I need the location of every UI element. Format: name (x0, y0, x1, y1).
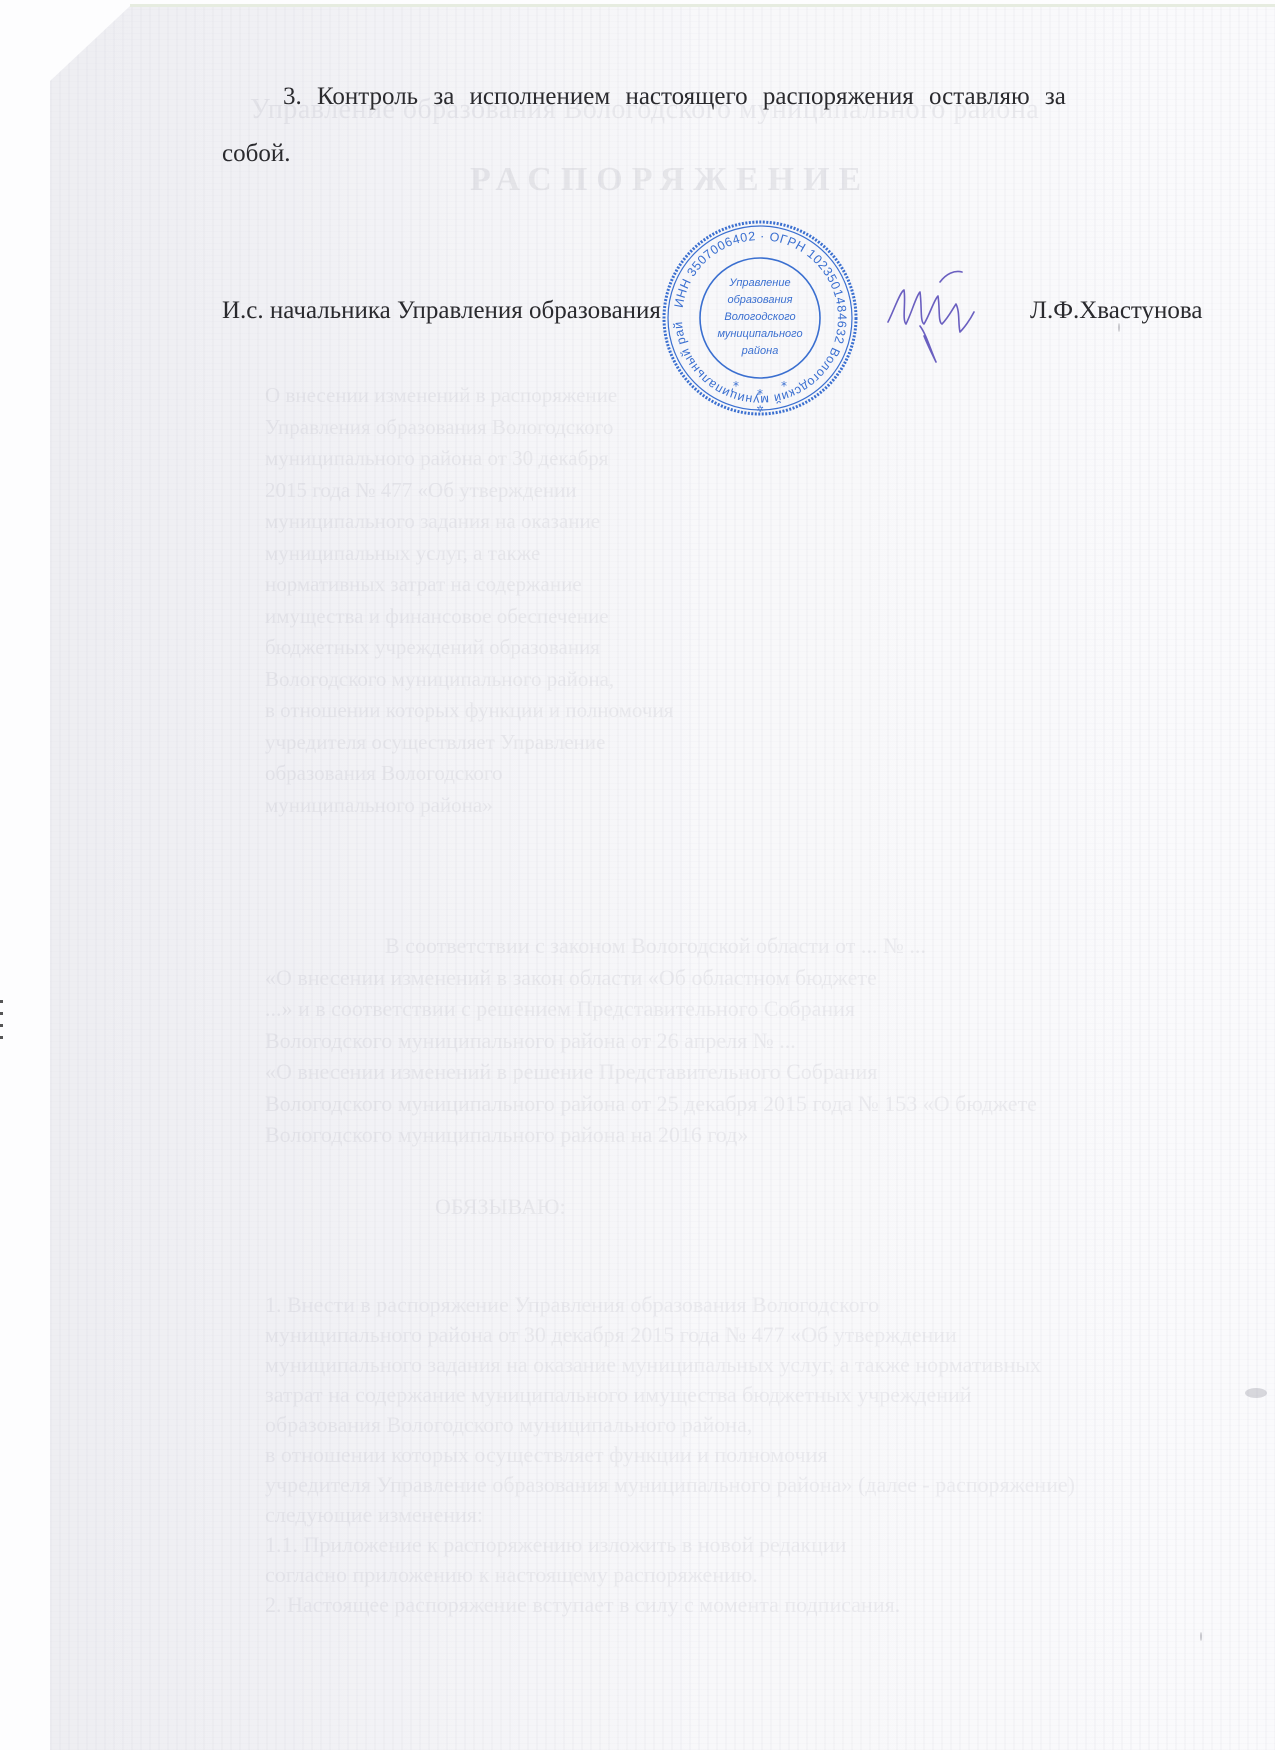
signatory-position: И.с. начальника Управления образования (222, 297, 661, 325)
svg-text:Вологодского: Вологодского (724, 311, 795, 323)
scan-edge-marks (0, 1000, 4, 1050)
scan-speck (1200, 1632, 1202, 1641)
handwritten-signature-icon (880, 262, 990, 372)
scan-speck (1118, 323, 1120, 332)
show-through-subject-block: О внесении изменений в распоряжениеУправ… (265, 380, 673, 821)
svg-text:✲: ✲ (756, 405, 764, 415)
scanned-document-page: Управление образования Вологодского муни… (0, 0, 1275, 1750)
svg-text:муниципального: муниципального (717, 328, 802, 340)
scan-smudge (1245, 1388, 1267, 1398)
svg-text:*: * (733, 379, 739, 393)
signatory-name: Л.Ф.Хвастунова (1030, 297, 1202, 325)
clause-3-text: 3. Контроль за исполнением настоящего ра… (283, 83, 1066, 111)
show-through-preamble-block: В соответствии с законом Вологодской обл… (265, 930, 1037, 1222)
svg-text:*: * (757, 387, 763, 401)
show-through-title: РАСПОРЯЖЕНИЕ (470, 165, 870, 195)
svg-text:Управление: Управление (728, 277, 790, 289)
clause-3-text-continued: собой. (222, 140, 290, 168)
svg-text:*: * (781, 379, 787, 393)
svg-text:района: района (741, 345, 779, 357)
paper-top-edge (130, 4, 1275, 7)
show-through-clauses-block: 1. Внести в распоряжение Управления обра… (265, 1290, 1075, 1620)
svg-text:образования: образования (727, 294, 792, 306)
official-seal-stamp-icon: ИНН 3507006402 · ОГРН 1023501484632 Воло… (660, 218, 860, 418)
